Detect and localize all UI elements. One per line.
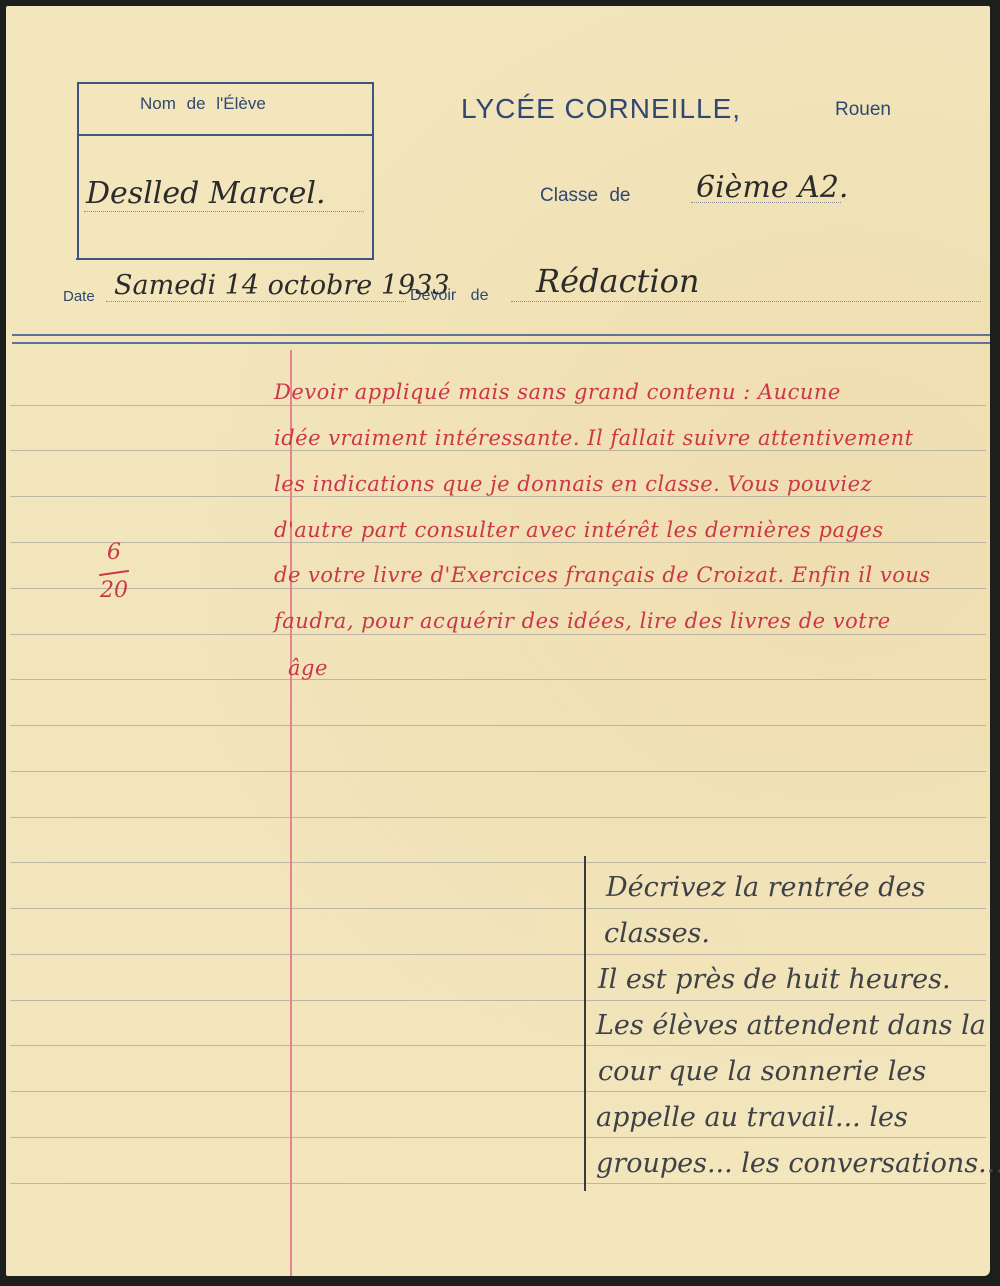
school-city: Rouen xyxy=(835,99,891,121)
name-box-label: Nom de l'Élève xyxy=(140,94,266,114)
grade-score: 6 xyxy=(99,542,129,564)
ruled-line xyxy=(10,1091,986,1092)
task-prompt-line: appelle au travail... les xyxy=(596,1102,908,1133)
class-value: 6ième A2. xyxy=(696,170,848,205)
ruled-line xyxy=(10,771,986,772)
name-box-bottom-rule xyxy=(76,258,374,260)
task-prompt-line: classes. xyxy=(604,918,710,949)
essay-sheet: Nom de l'Élève Deslled Marcel. LYCÉE COR… xyxy=(6,6,990,1276)
assignment-dotted-line xyxy=(511,301,981,302)
date-value: Samedi 14 octobre 1933 xyxy=(114,270,450,301)
ruled-line xyxy=(10,588,986,589)
ruled-line xyxy=(10,862,986,863)
ruled-line xyxy=(10,1045,986,1046)
header-rule-top xyxy=(12,334,990,336)
class-label: Classe de xyxy=(540,185,631,207)
date-label: Date xyxy=(63,288,95,305)
ruled-line xyxy=(10,817,986,818)
grade-fraction: 6 20 xyxy=(99,542,129,602)
ruled-line xyxy=(10,954,986,955)
teacher-comment-line: faudra, pour acquérir des idées, lire de… xyxy=(274,609,891,633)
student-name: Deslled Marcel. xyxy=(86,176,326,211)
header-rule-bottom xyxy=(12,342,990,344)
ruled-line xyxy=(10,1000,986,1001)
task-prompt-line: cour que la sonnerie les xyxy=(598,1056,926,1087)
assignment-label: Devoir de xyxy=(410,287,488,305)
ruled-line xyxy=(10,405,986,406)
task-prompt-line: Décrivez la rentrée des xyxy=(606,872,925,903)
ruled-line xyxy=(10,634,986,635)
ruled-line xyxy=(10,908,986,909)
teacher-comment-line: les indications que je donnais en classe… xyxy=(274,472,872,496)
ruled-line xyxy=(10,496,986,497)
teacher-comment-line: idée vraiment intéressante. Il fallait s… xyxy=(274,426,914,450)
name-box-divider xyxy=(79,134,372,136)
task-prompt-bracket xyxy=(584,856,586,1191)
ruled-line xyxy=(10,1183,986,1184)
task-prompt-line: Les élèves attendent dans la xyxy=(596,1010,986,1041)
teacher-comment-line: âge xyxy=(288,656,328,680)
ruled-line xyxy=(10,679,986,680)
name-dotted-line xyxy=(84,211,364,212)
teacher-comment-line: Devoir appliqué mais sans grand contenu … xyxy=(274,380,841,404)
task-prompt-line: groupes... les conversations... xyxy=(596,1148,1000,1179)
ruled-line xyxy=(10,725,986,726)
grade-out-of: 20 xyxy=(99,580,129,602)
ruled-line xyxy=(10,1137,986,1138)
date-dotted-line xyxy=(106,301,406,302)
task-prompt-line: Il est près de huit heures. xyxy=(598,964,951,995)
assignment-value: Rédaction xyxy=(536,262,699,300)
school-name: LYCÉE CORNEILLE, xyxy=(461,93,741,125)
ruled-line xyxy=(10,542,986,543)
grade-fraction-bar xyxy=(99,570,129,576)
ruled-line xyxy=(10,450,986,451)
teacher-comment-line: de votre livre d'Exercices français de C… xyxy=(274,563,931,587)
teacher-comment-line: d'autre part consulter avec intérêt les … xyxy=(274,518,884,542)
